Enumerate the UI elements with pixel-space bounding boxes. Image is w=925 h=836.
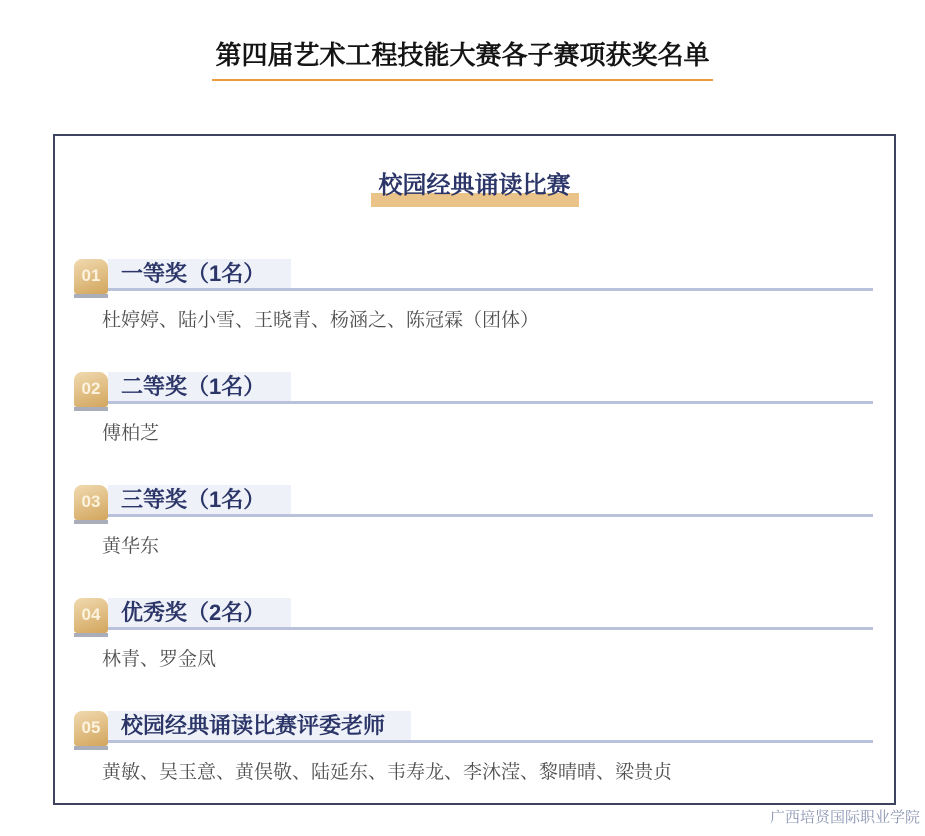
section-number-badge: 04 [74,598,108,633]
award-heading-row: 04 优秀奖（2名） [74,598,894,627]
section-number-badge: 01 [74,259,108,294]
award-section-1: 01 一等奖（1名） 杜婷婷、陆小雪、王晓青、杨涵之、陈冠霖（团体） [74,259,894,333]
award-sections: 01 一等奖（1名） 杜婷婷、陆小雪、王晓青、杨涵之、陈冠霖（团体） 02 二等… [74,259,894,785]
award-heading-row: 02 二等奖（1名） [74,372,894,401]
card-title-row: 校园经典诵读比赛 [55,172,894,207]
award-card: 校园经典诵读比赛 01 一等奖（1名） 杜婷婷、陆小雪、王晓青、杨涵之、陈冠霖（… [53,134,896,805]
award-heading: 三等奖（1名） [108,485,291,514]
award-heading-row: 05 校园经典诵读比赛评委老师 [74,711,894,740]
award-section-3: 03 三等奖（1名） 黄华东 [74,485,894,559]
award-heading: 二等奖（1名） [108,372,291,401]
award-section-5: 05 校园经典诵读比赛评委老师 黄敏、吴玉意、黄俣敬、陆延东、韦寿龙、李沐滢、黎… [74,711,894,785]
winner-names: 林青、罗金凤 [102,648,894,672]
winner-names: 黄华东 [102,535,894,559]
winner-names: 傅柏芝 [102,422,894,446]
award-section-4: 04 优秀奖（2名） 林青、罗金凤 [74,598,894,672]
divider-line [74,740,873,743]
divider-line [74,288,873,291]
school-watermark: 广西培贤国际职业学院 [770,806,920,827]
award-section-2: 02 二等奖（1名） 傅柏芝 [74,372,894,446]
divider-line [74,627,873,630]
divider-line [74,401,873,404]
page: 第四届艺术工程技能大赛各子赛项获奖名单 校园经典诵读比赛 01 一等奖（1名） … [0,0,925,836]
award-heading: 校园经典诵读比赛评委老师 [108,711,411,740]
section-number-badge: 05 [74,711,108,746]
award-heading: 优秀奖（2名） [108,598,291,627]
page-title-row: 第四届艺术工程技能大赛各子赛项获奖名单 [0,22,925,99]
divider-line [74,514,873,517]
winner-names: 杜婷婷、陆小雪、王晓青、杨涵之、陈冠霖（团体） [102,309,894,333]
section-number-badge: 03 [74,485,108,520]
competition-title: 校园经典诵读比赛 [371,172,579,207]
award-heading-row: 01 一等奖（1名） [74,259,894,288]
section-number-badge: 02 [74,372,108,407]
award-heading-row: 03 三等奖（1名） [74,485,894,514]
winner-names: 黄敏、吴玉意、黄俣敬、陆延东、韦寿龙、李沐滢、黎晴晴、梁贵贞 [102,761,894,785]
page-title: 第四届艺术工程技能大赛各子赛项获奖名单 [212,39,712,81]
award-heading: 一等奖（1名） [108,259,291,288]
